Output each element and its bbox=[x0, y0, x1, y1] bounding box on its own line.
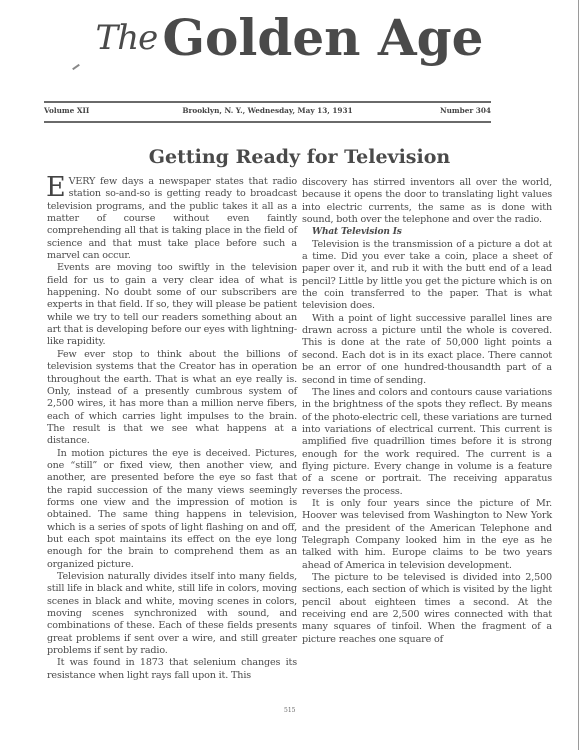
masthead-rule-top bbox=[44, 101, 491, 103]
paragraph: Television naturally divides itself into… bbox=[47, 571, 297, 657]
dateline: Volume XII Brooklyn, N. Y., Wednesday, M… bbox=[44, 106, 491, 118]
masthead-title: Golden Age bbox=[162, 8, 483, 67]
paragraph: discovery has stirred inventors all over… bbox=[302, 177, 552, 226]
paragraph: It was found in 1873 that selenium chang… bbox=[47, 657, 297, 682]
paragraph: The lines and colors and contours cause … bbox=[302, 387, 552, 498]
paragraph: EVERY few days a newspaper states that r… bbox=[47, 176, 297, 262]
drop-cap: E bbox=[46, 177, 66, 199]
place-date: Brooklyn, N. Y., Wednesday, May 13, 1931 bbox=[44, 106, 491, 115]
masthead-the: The bbox=[96, 18, 158, 58]
paragraph: Events are moving too swiftly in the tel… bbox=[47, 262, 297, 348]
paragraph: Television is the transmission of a pict… bbox=[302, 239, 552, 313]
paragraph-text: VERY few days a newspaper states that ra… bbox=[47, 176, 297, 261]
right-column: discovery has stirred inventors all over… bbox=[302, 177, 552, 646]
page-number: 515 bbox=[284, 707, 295, 714]
issue-number: Number 304 bbox=[440, 106, 491, 115]
masthead-rule-bottom bbox=[44, 121, 491, 123]
paragraph: The picture to be televised is divided i… bbox=[302, 572, 552, 646]
paragraph: With a point of light successive paralle… bbox=[302, 313, 552, 387]
paragraph: It is only four years since the picture … bbox=[302, 498, 552, 572]
paragraph: In motion pictures the eye is deceived. … bbox=[47, 448, 297, 571]
subheading: What Television Is bbox=[302, 226, 552, 238]
masthead: The Golden Age bbox=[0, 8, 579, 67]
article-title: Getting Ready for Television bbox=[0, 146, 579, 168]
paragraph: Few ever stop to think about the billion… bbox=[47, 349, 297, 448]
left-column: EVERY few days a newspaper states that r… bbox=[47, 176, 297, 682]
